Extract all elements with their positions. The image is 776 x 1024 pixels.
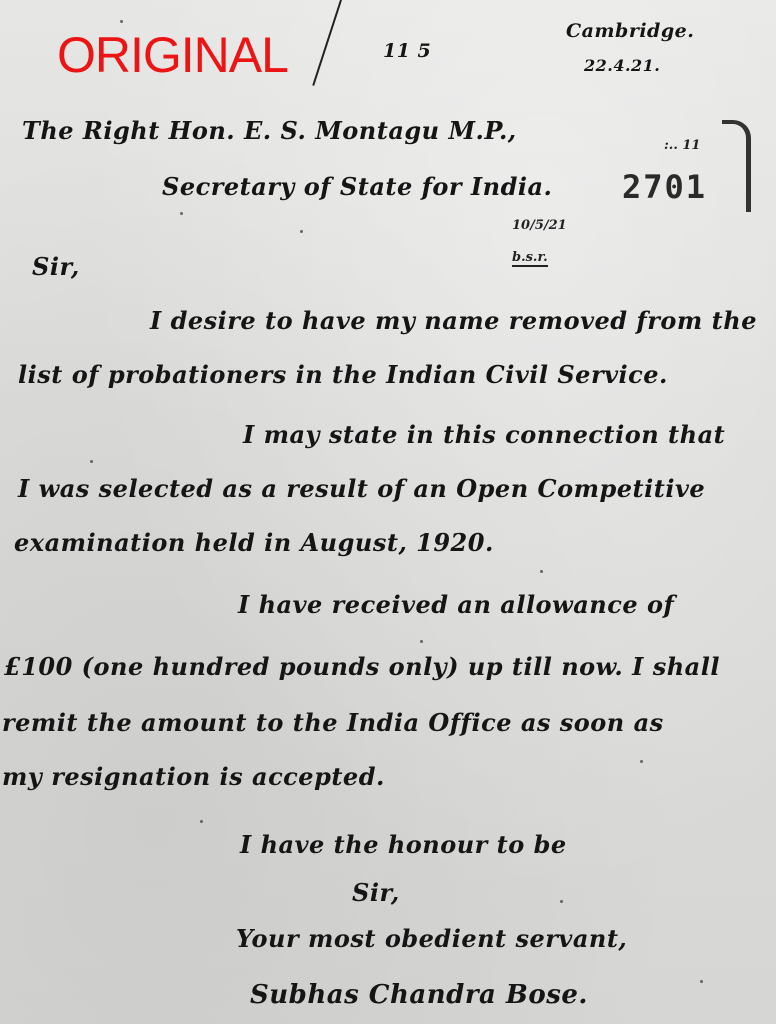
paper-speck [120, 20, 123, 23]
salutation: Sir, [32, 252, 80, 281]
body-p1-line1: I desire to have my name removed from th… [150, 306, 757, 335]
registry-number: 2701 [622, 168, 707, 206]
addressee-line-1: The Right Hon. E. S. Montagu M.P., [22, 116, 517, 145]
letter-page: ORIGINAL 11 5 Cambridge. 22.4.21. The Ri… [0, 0, 776, 1024]
paper-speck [90, 460, 93, 463]
body-p2-line1: I may state in this connection that [243, 420, 725, 449]
body-p3-line2: £100 (one hundred pounds only) up till n… [4, 652, 720, 681]
margin-note-2: b.s.r. [512, 250, 548, 267]
folio-mark: 11 5 [383, 40, 431, 62]
body-p3-line4: my resignation is accepted. [2, 762, 385, 791]
paper-speck [200, 820, 203, 823]
bracket-mark [722, 120, 751, 212]
original-stamp: ORIGINAL [57, 30, 288, 80]
letter-place: Cambridge. [566, 20, 694, 42]
paper-speck [560, 900, 563, 903]
paper-speck [300, 230, 303, 233]
paper-speck [640, 760, 643, 763]
letter-date: 22.4.21. [584, 56, 660, 75]
body-p3-line1: I have received an allowance of [238, 590, 674, 619]
paper-speck [540, 570, 543, 573]
body-p1-line2: list of probationers in the Indian Civil… [18, 360, 668, 389]
paper-speck [420, 640, 423, 643]
office-dots: :.. 11 [664, 138, 700, 153]
paper-speck [180, 212, 183, 215]
body-p2-line3: examination held in August, 1920. [14, 528, 494, 557]
signature: Subhas Chandra Bose. [250, 980, 588, 1010]
paper-speck [700, 980, 703, 983]
pen-stroke-mark [312, 0, 342, 86]
addressee-line-2: Secretary of State for India. [162, 172, 552, 201]
margin-note-1: 10/5/21 [512, 218, 567, 233]
closing-line-1: I have the honour to be [240, 830, 567, 859]
closing-line-3: Your most obedient servant, [236, 924, 627, 953]
body-p2-line2: I was selected as a result of an Open Co… [18, 474, 705, 503]
body-p3-line3: remit the amount to the India Office as … [2, 708, 664, 737]
closing-line-2: Sir, [352, 878, 400, 907]
